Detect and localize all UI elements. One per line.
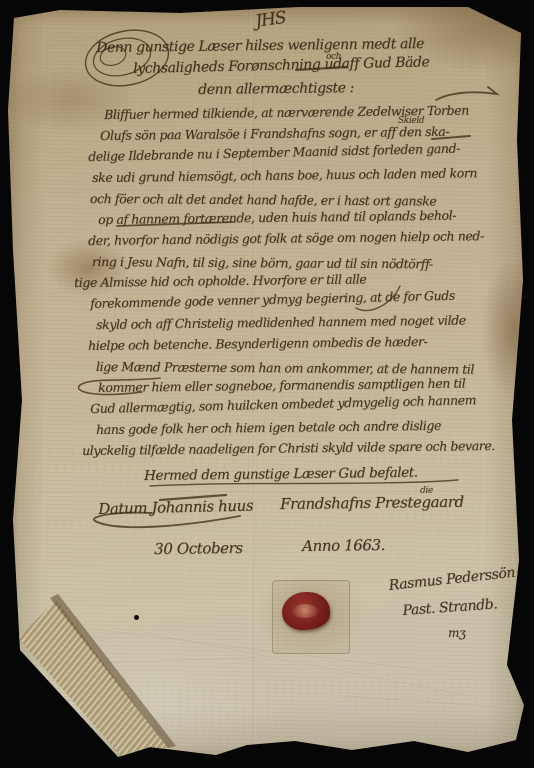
manuscript-line: der, hvorfor hand nödigis got folk at sö… [88, 228, 484, 248]
manuscript-line: delige Ildebrande nu i September Maanid … [88, 141, 460, 164]
red-wax-seal-icon [282, 592, 330, 630]
invocation-monogram: JHS [254, 8, 287, 32]
dateline-place: Datum Johannis huus [98, 496, 253, 518]
manuscript-line: forekommende gode venner ydmyg begiering… [90, 288, 455, 311]
manuscript-line: hans gode folk her och hiem igen betale … [96, 418, 441, 437]
manuscript-line: Denn gunstige Læser hilses wenligenn med… [96, 36, 424, 56]
manuscript-line: och föer och alt det andet hand hafde, e… [90, 191, 436, 208]
ink-blot-dot [134, 615, 139, 620]
marginal-note: die [420, 486, 433, 496]
crease-line [10, 656, 260, 667]
signature-paraph: mʒ [448, 626, 465, 640]
signature-title: Past. Strandb. [402, 596, 498, 619]
manuscript-line: skyld och aff Christelig medlidenhed han… [96, 312, 466, 332]
signature-name: Rasmus Pederssön [388, 565, 516, 594]
fold-crease-horizontal [20, 490, 520, 492]
manuscript-line: kommer hiem eller sogneboe, formanendis … [98, 376, 465, 395]
manuscript-line: Gud allermægtig, som huilcken ombedet yd… [90, 392, 476, 416]
manuscript-line: lige Mænd Præsterne som han om ankommer,… [96, 359, 474, 377]
dateline-parish: Frandshafns Prestegaard [280, 493, 464, 513]
manuscript-line: denn allermæchtigste : [198, 80, 354, 98]
paper-sheet: JHS Denn gunstige Læser hilses wenligenn… [0, 0, 534, 768]
seal-center-highlight [292, 604, 318, 618]
manuscript-line: hielpe och betenche. Besynderligenn ombe… [88, 334, 427, 353]
dash-flourish [436, 87, 497, 100]
closing-line: Hermed dem gunstige Læser Gud befalet. [144, 465, 418, 484]
manuscript-line: op af hannem fortærende, uden huis hand … [98, 208, 456, 227]
manuscript-line: ske udi grund hiemsögt, och hans boe, hu… [92, 165, 477, 185]
manuscript-line: ulyckelig tilfælde naadeligen for Christ… [82, 438, 495, 458]
oval-doodle-outer [80, 23, 173, 93]
dateline-year: Anno 1663. [302, 536, 385, 555]
manuscript-photo: JHS Denn gunstige Læser hilses wenligenn… [0, 0, 534, 768]
marginal-note: Skield [398, 116, 424, 126]
insertion-above-line: och [326, 52, 341, 62]
crease-line [330, 693, 520, 708]
dateline-day: 30 Octobers [154, 539, 243, 558]
manuscript-line: ring i Jesu Nafn, til sig, sine börn, ga… [92, 254, 433, 271]
crease-line [91, 627, 429, 670]
manuscript-line: lychsaligheds Forønschning udaff Gud Bäd… [133, 54, 430, 77]
manuscript-line: Olufs sön paa Waralsöe i Frandshafns sog… [100, 124, 449, 143]
manuscript-line: tige Almisse hid och opholde. Hvorfore e… [74, 271, 366, 290]
